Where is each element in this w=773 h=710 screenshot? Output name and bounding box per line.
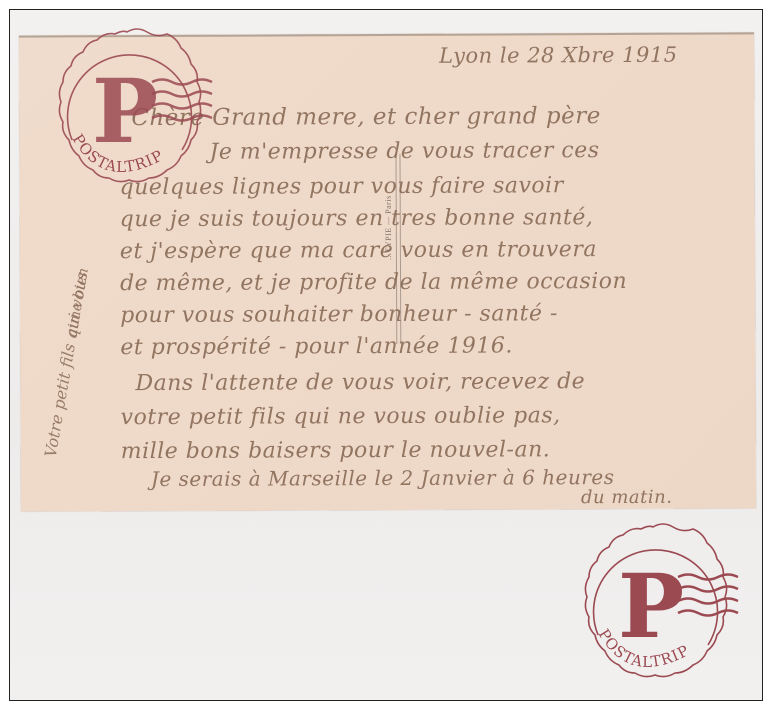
letter-line-1: Je m'empresse de vous tracer ces [209, 138, 599, 165]
letter-line-11: Je serais à Marseille le 2 Janvier à 6 h… [151, 465, 615, 491]
postaltrip-stamp-icon: P POSTALTRIP [558, 515, 758, 701]
letter-line-10: mille bons baisers pour le nouvel-an. [121, 437, 551, 464]
svg-text:P: P [618, 554, 684, 658]
scan-frame: ...TYPIE — Paris Lyon le 28 Xbre 1915 Ch… [9, 9, 763, 701]
letter-line-5: de même, et je profite de la même occasi… [120, 269, 627, 296]
letter-line-7: et prospérité - pour l'année 1916. [120, 333, 513, 360]
postaltrip-watermark-bottom: P POSTALTRIP [558, 515, 758, 701]
postaltrip-stamp-icon: P POSTALTRIP [32, 20, 232, 210]
date-line: Lyon le 28 Xbre 1915 [439, 43, 678, 68]
letter-line-9: votre petit fils qui ne vous oublie pas, [121, 403, 561, 430]
postaltrip-watermark-top: P POSTALTRIP [32, 20, 232, 210]
letter-line-8: Dans l'attente de vous voir, recevez de [135, 369, 585, 396]
letter-line-4: et j'espère que ma care vous en trouvera [120, 237, 597, 264]
letter-line-6: pour vous souhaiter bonheur - santé - [120, 301, 558, 328]
svg-text:P: P [92, 59, 158, 163]
letter-line-12: du matin. [581, 487, 673, 508]
